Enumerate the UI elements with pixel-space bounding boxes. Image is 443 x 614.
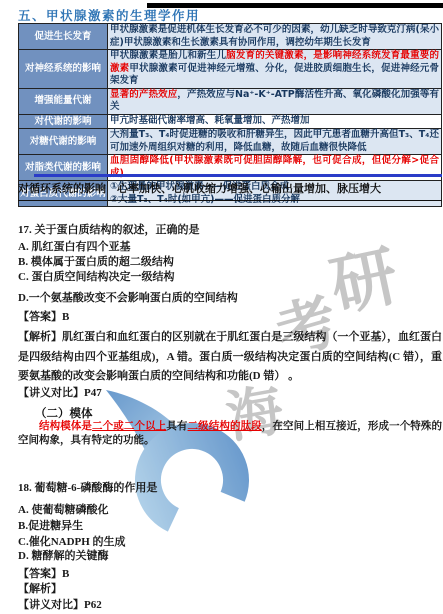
row-label: 增强能量代谢 (19, 88, 108, 114)
q18-option-b: B.促进糖异生 (18, 517, 442, 533)
row-content: 甲状腺激素是促进机体生长发育必不可少的因素，幼儿缺乏时导致克汀病(呆小症)甲状腺… (108, 24, 442, 50)
q18-answer: 【答案】B (18, 565, 442, 581)
q17-stem: 17. 关于蛋白质结构的叙述，正确的是 (18, 221, 442, 237)
top-divider (147, 3, 443, 8)
section-heading-motif: （二）模体 (35, 405, 93, 421)
table-row: 对神经系统的影响 甲状腺激素是胎儿和新生儿脑发育的关键激素，是影响神经系统发育最… (19, 50, 442, 89)
table-row: 对代谢的影响 甲亢时基础代谢率增高、耗氧量增加、产热增加 (19, 114, 442, 129)
row-label: 对代谢的影响 (19, 114, 108, 129)
q18-option-d: D. 糖酵解的关键酶 (18, 547, 442, 563)
q18-reference: 【讲义对比】P62 (18, 596, 442, 612)
q18-option-a: A. 使葡萄糖磷酸化 (18, 501, 442, 517)
row-content: 甲状腺激素是胎儿和新生儿脑发育的关键激素，是影响神经系统发育最重要的激素甲状腺激… (108, 50, 442, 89)
q17-answer: 【答案】B (18, 308, 442, 324)
motif-paragraph: 结构模体是二个或二个以上具有二级结构的肽段，在空间上相互接近，形成一个特殊的空间… (18, 420, 442, 447)
q17-option-c: C. 蛋白质空间结构决定一级结构 (18, 268, 442, 284)
row-content: 大剂量T₃、T₄时促进糖的吸收和肝糖异生，因此甲亢患者血糖升高但T₃、T₄还可加… (108, 129, 442, 155)
table-row: 促进生长发育 甲状腺激素是促进机体生长发育必不可少的因素，幼儿缺乏时导致克汀病(… (19, 24, 442, 50)
row-content: 甲亢时基础代谢率增高、耗氧量增加、产热增加 (108, 114, 442, 129)
q17-option-b: B. 模体属于蛋白质的超二级结构 (18, 253, 442, 269)
q17-reference: 【讲义对比】P47 (18, 384, 442, 400)
row-label: 促进生长发育 (19, 24, 108, 50)
row-label: 对糖代谢的影响 (19, 129, 108, 155)
q17-option-a: A. 肌红蛋白有四个亚基 (18, 238, 442, 254)
q18-stem: 18. 葡萄糖-6-磷酸酶的作用是 (18, 479, 442, 495)
table-row: 对糖代谢的影响 大剂量T₃、T₄时促进糖的吸收和肝糖异生，因此甲亢患者血糖升高但… (19, 129, 442, 155)
table-row: 增强能量代谢 显著的产热效应，产热效应与Na⁺-K⁺-ATP酶活性升高、氧化磷酸… (19, 88, 442, 114)
q17-option-d: D.一个氨基酸改变不会影响蛋白质的空间结构 (18, 289, 442, 305)
circulation-note: 对循环系统的影响 心率加快、心肌收缩力增强、心输出量增加、脉压增大 (18, 180, 442, 201)
document-page: 研 考 海 五、甲状腺激素的生理学作用 促进生长发育 甲状腺激素是促进机体生长发… (0, 0, 443, 614)
row-label: 对神经系统的影响 (19, 50, 108, 89)
q18-analysis: 【解析】 (18, 580, 442, 596)
blue-divider (34, 174, 442, 177)
row-content: 显著的产热效应，产热效应与Na⁺-K⁺-ATP酶活性升高、氧化磷酸化加强等有关 (108, 88, 442, 114)
q17-analysis: 【解析】肌红蛋白和血红蛋白的区别就在于肌红蛋白是三级结构（一个亚基），血红蛋白是… (18, 328, 442, 387)
